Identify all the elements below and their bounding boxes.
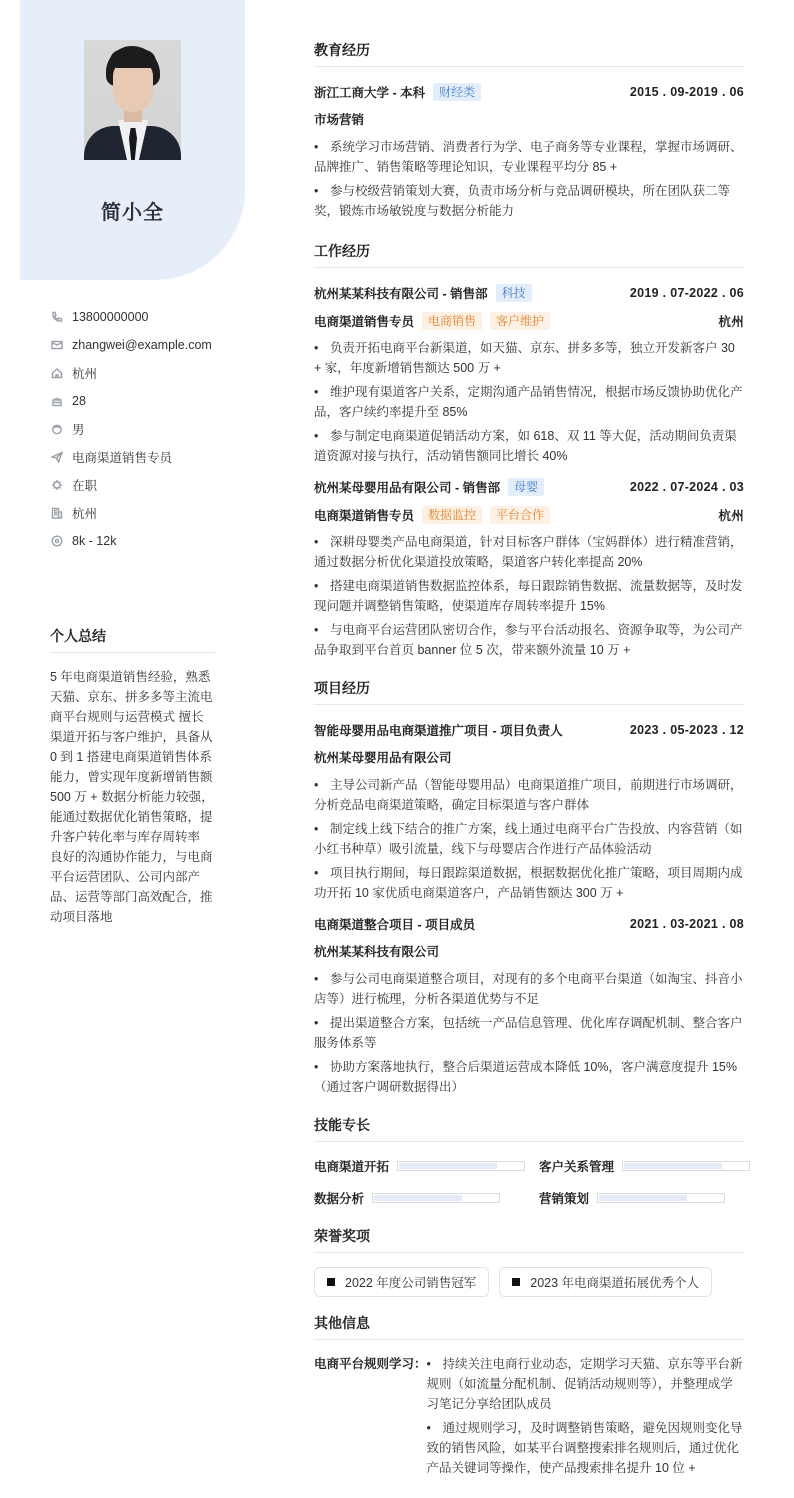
industry-tag: 母婴 (508, 478, 544, 496)
education-section: 教育经历 浙江工商大学 - 本科 财经类 2015 . 09-2019 . 06… (314, 40, 744, 221)
list-item: 搭建电商渠道销售数据监控体系，每日跟踪销售数据、流量数据等，及时发现问题并调整销… (314, 576, 744, 616)
project-entry: 智能母婴用品电商渠道推广项目 - 项目负责人 2023 . 05-2023 . … (314, 719, 744, 903)
send-icon (50, 450, 64, 464)
skill-bar (397, 1161, 525, 1171)
school-tag: 财经类 (433, 83, 481, 101)
school-name: 浙江工商大学 - 本科 (314, 83, 425, 101)
list-item: 参与制定电商渠道促销活动方案，如 618、双 11 等大促，活动期间负责渠道资源… (314, 426, 744, 466)
list-item: 参与公司电商渠道整合项目，对现有的多个电商平台渠道（如淘宝、抖音小店等）进行梳理… (314, 969, 744, 1009)
contact-list: 13800000000 zhangwei@example.com 杭州 28 男… (50, 303, 230, 555)
summary-text: 5 年电商渠道销售经验，熟悉天猫、京东、拼多多等主流电商平台规则与运营模式 擅长… (50, 667, 215, 927)
project-entry: 电商渠道整合项目 - 项目成员 2021 . 03-2021 . 08 杭州某某… (314, 913, 744, 1097)
list-item: 提出渠道整合方案，包括统一产品信息管理、优化库存调配机制、整合客户服务体系等 (314, 1013, 744, 1053)
awards-section: 荣誉奖项 2022 年度公司销售冠军 2023 年电商渠道拓展优秀个人 (314, 1226, 744, 1297)
skill-bar-fill (399, 1163, 497, 1169)
salary-icon (50, 534, 64, 548)
skill-tag: 数据监控 (422, 506, 482, 524)
skill-bar (372, 1193, 500, 1203)
skill-item: 数据分析 (314, 1188, 525, 1208)
main-content: 教育经历 浙江工商大学 - 本科 财经类 2015 . 09-2019 . 06… (314, 40, 744, 1482)
skill-tag: 客户维护 (490, 312, 550, 330)
list-item: 协助方案落地执行，整合后渠道运营成本降低 10%，客户满意度提升 15%（通过客… (314, 1057, 744, 1097)
period: 2019 . 07-2022 . 06 (630, 286, 744, 300)
skill-tag: 电商销售 (422, 312, 482, 330)
contact-status: 在职 (50, 471, 230, 499)
period: 2022 . 07-2024 . 03 (630, 480, 744, 494)
other-key: 电商平台规则学习： (314, 1354, 427, 1482)
city: 杭州 (718, 506, 744, 524)
project-company: 杭州某某科技有限公司 (314, 941, 744, 963)
section-title: 其他信息 (314, 1313, 744, 1340)
skill-bar (622, 1161, 750, 1171)
skills-section: 技能专长 电商渠道开拓 客户关系管理 数据分析 营销策划 (314, 1115, 744, 1208)
work-entry: 杭州某母婴用品有限公司 - 销售部 母婴 2022 . 07-2024 . 03… (314, 476, 744, 660)
industry-tag: 科技 (496, 284, 532, 302)
status-icon (50, 478, 64, 492)
skill-bar (597, 1193, 725, 1203)
projects-section: 项目经历 智能母婴用品电商渠道推广项目 - 项目负责人 2023 . 05-20… (314, 678, 744, 1097)
list-item: 负责开拓电商平台新渠道，如天猫、京东、拼多多等，独立开发新客户 30 + 家，年… (314, 338, 744, 378)
skill-bar-fill (624, 1163, 722, 1169)
list-item: 通过规则学习，及时调整销售策略，避免因规则变化导致的销售风险，如某平台调整搜索排… (427, 1418, 744, 1478)
contact-gender: 男 (50, 415, 230, 443)
square-bullet-icon (327, 1278, 335, 1286)
summary-title: 个人总结 (50, 626, 215, 653)
list-item: 主导公司新产品（智能母婴用品）电商渠道推广项目，前期进行市场调研，分析竞品电商渠… (314, 775, 744, 815)
section-title: 教育经历 (314, 40, 744, 67)
skill-item: 电商渠道开拓 (314, 1156, 525, 1176)
gender-icon (50, 422, 64, 436)
section-title: 技能专长 (314, 1115, 744, 1142)
major: 市场营销 (314, 109, 744, 131)
contact-location: 杭州 (50, 359, 230, 387)
project-name: 智能母婴用品电商渠道推广项目 - 项目负责人 (314, 721, 563, 739)
personal-summary: 个人总结 5 年电商渠道销售经验，熟悉天猫、京东、拼多多等主流电商平台规则与运营… (50, 626, 215, 927)
contact-salary: 8k - 12k (50, 527, 230, 555)
skill-bar-fill (374, 1195, 462, 1201)
skill-item: 客户关系管理 (539, 1156, 750, 1176)
contact-phone: 13800000000 (50, 303, 230, 331)
award-badge: 2023 年电商渠道拓展优秀个人 (499, 1267, 712, 1297)
list-item: 持续关注电商行业动态，定期学习天猫、京东等平台新规则（如流量分配机制、促销活动规… (427, 1354, 744, 1414)
company-name: 杭州某某科技有限公司 - 销售部 (314, 284, 488, 302)
skill-tag: 平台合作 (490, 506, 550, 524)
mail-icon (50, 338, 64, 352)
other-section: 其他信息 电商平台规则学习： 持续关注电商行业动态，定期学习天猫、京东等平台新规… (314, 1313, 744, 1482)
award-badge: 2022 年度公司销售冠军 (314, 1267, 489, 1297)
section-title: 荣誉奖项 (314, 1226, 744, 1253)
period: 2021 . 03-2021 . 08 (630, 917, 744, 931)
project-name: 电商渠道整合项目 - 项目成员 (314, 915, 475, 933)
list-item: 与电商平台运营团队密切合作，参与平台活动报名、资源争取等，为公司产品争取到平台首… (314, 620, 744, 660)
contact-email: zhangwei@example.com (50, 331, 230, 359)
list-item: 维护现有渠道客户关系，定期沟通产品销售情况，根据市场反馈协助优化产品，客户续约率… (314, 382, 744, 422)
role: 电商渠道销售专员 (314, 506, 414, 524)
phone-icon (50, 310, 64, 324)
list-item: 参与校级营销策划大赛，负责市场分析与竞品调研模块，所在团队获二等奖，锻炼市场敏锐… (314, 181, 744, 221)
skill-bar-fill (599, 1195, 687, 1201)
list-item: 深耕母婴类产品电商渠道，针对目标客户群体（宝妈群体）进行精准营销，通过数据分析优… (314, 532, 744, 572)
other-entry: 电商平台规则学习： 持续关注电商行业动态，定期学习天猫、京东等平台新规则（如流量… (314, 1354, 744, 1482)
contact-age: 28 (50, 387, 230, 415)
period: 2023 . 05-2023 . 12 (630, 723, 744, 737)
candidate-name: 简小全 (20, 196, 245, 225)
period: 2015 . 09-2019 . 06 (630, 85, 744, 99)
role: 电商渠道销售专员 (314, 312, 414, 330)
section-title: 工作经历 (314, 241, 744, 268)
square-bullet-icon (512, 1278, 520, 1286)
section-title: 项目经历 (314, 678, 744, 705)
contact-position: 电商渠道销售专员 (50, 443, 230, 471)
list-item: 项目执行期间，每日跟踪渠道数据，根据数据优化推广策略，项目周期内成功开拓 10 … (314, 863, 744, 903)
building-icon (50, 506, 64, 520)
company-name: 杭州某母婴用品有限公司 - 销售部 (314, 478, 500, 496)
skill-item: 营销策划 (539, 1188, 750, 1208)
cake-icon (50, 394, 64, 408)
profile-photo (84, 40, 181, 160)
contact-work-city: 杭州 (50, 499, 230, 527)
list-item: 系统学习市场营销、消费者行为学、电子商务等专业课程，掌握市场调研、品牌推广、销售… (314, 137, 744, 177)
city: 杭州 (718, 312, 744, 330)
education-entry: 浙江工商大学 - 本科 财经类 2015 . 09-2019 . 06 市场营销… (314, 81, 744, 221)
work-section: 工作经历 杭州某某科技有限公司 - 销售部 科技 2019 . 07-2022 … (314, 241, 744, 660)
project-company: 杭州某母婴用品有限公司 (314, 747, 744, 769)
list-item: 制定线上线下结合的推广方案，线上通过电商平台广告投放、内容营销（如小红书种草）吸… (314, 819, 744, 859)
work-entry: 杭州某某科技有限公司 - 销售部 科技 2019 . 07-2022 . 06 … (314, 282, 744, 466)
home-icon (50, 366, 64, 380)
